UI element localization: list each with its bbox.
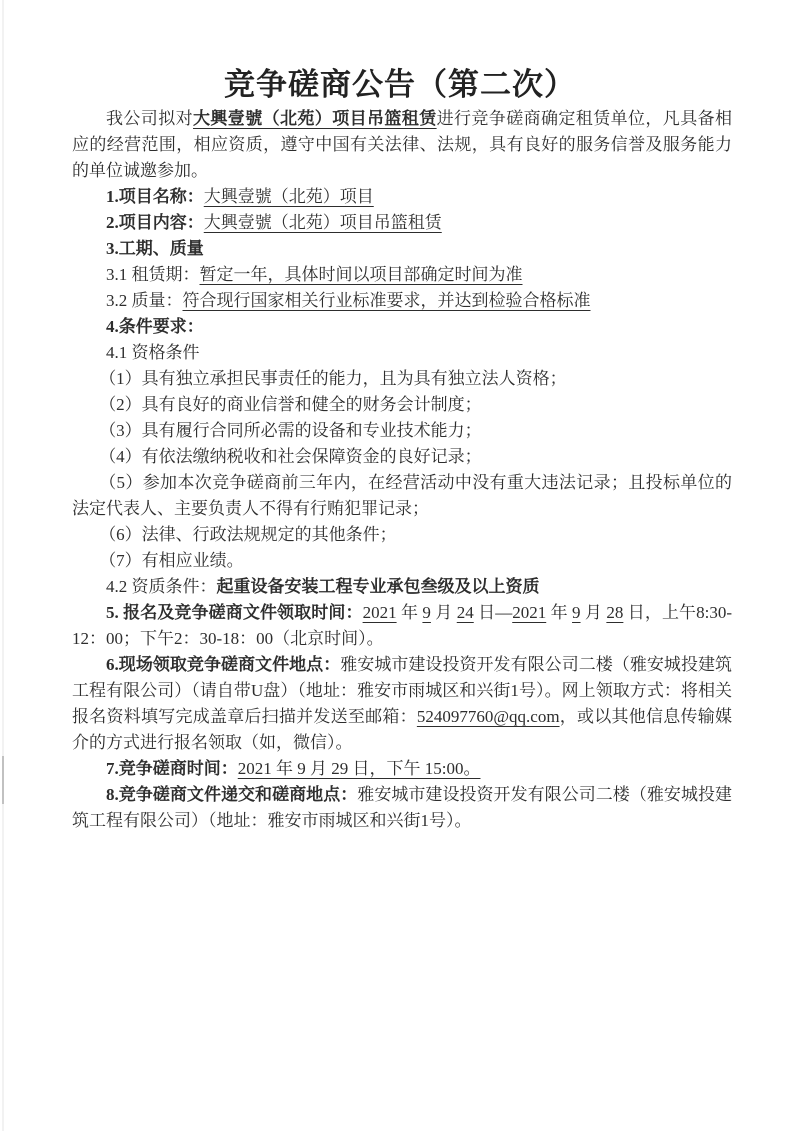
text-run: 4.1 资格条件 <box>106 343 200 362</box>
text-run: 年 <box>546 603 572 622</box>
condition-4: （4）有依法缴纳税收和社会保障资金的良好记录； <box>72 444 732 470</box>
text-run: （1）具有独立承担民事责任的能力，且为具有独立法人资格； <box>99 369 567 388</box>
text-run: 2021 <box>363 603 397 622</box>
item-4-requirements: 4.条件要求： <box>72 314 732 340</box>
text-run: 1.项目名称： <box>106 187 204 206</box>
text-run: 2021 <box>512 603 546 622</box>
text-run: 大興壹號（北苑）项目 <box>204 187 374 206</box>
text-run: 月 <box>581 603 607 622</box>
text-run: 5. 报名及竞争磋商文件领取时间： <box>106 603 363 622</box>
text-run: 9 <box>572 603 581 622</box>
item-5-document-pickup-time: 5. 报名及竞争磋商文件领取时间：2021 年 9 月 24 日—2021 年 … <box>72 600 732 652</box>
text-run: （2）具有良好的商业信誉和健全的财务会计制度； <box>99 395 482 414</box>
text-run: 3.1 租赁期： <box>106 265 200 284</box>
text-run: 3.工期、质量 <box>106 239 204 258</box>
condition-5: （5）参加本次竞争磋商前三年内，在经营活动中没有重大违法记录；且投标单位的法定代… <box>72 470 732 522</box>
text-run: 符合现行国家相关行业标准要求，并达到检验合格标准 <box>183 291 591 310</box>
item-3-1-lease-period: 3.1 租赁期：暂定一年，具体时间以项目部确定时间为准 <box>72 262 732 288</box>
text-run: 起重设备安装工程专业承包叁级及以上资质 <box>217 577 540 596</box>
condition-6: （6）法律、行政法规规定的其他条件； <box>72 522 732 548</box>
text-run: 9 <box>422 603 431 622</box>
text-run: 大興壹號（北苑）项目吊篮租赁 <box>193 109 437 128</box>
text-run: 24 <box>457 603 474 622</box>
scan-edge-artifact-dark <box>2 756 4 804</box>
text-run: 524097760@qq.com <box>417 707 560 726</box>
item-3-schedule-quality: 3.工期、质量 <box>72 236 732 262</box>
text-run: 大興壹號（北苑）项目吊篮租赁 <box>204 213 442 232</box>
condition-1: （1）具有独立承担民事责任的能力，且为具有独立法人资格； <box>72 366 732 392</box>
item-6-pickup-location: 6.现场领取竞争磋商文件地点：雅安城市建设投资开发有限公司二楼（雅安城投建筑工程… <box>72 652 732 756</box>
text-run: 月 <box>431 603 457 622</box>
condition-3: （3）具有履行合同所必需的设备和专业技术能力； <box>72 418 732 444</box>
item-4-1-qualification: 4.1 资格条件 <box>72 340 732 366</box>
item-4-2-credentials: 4.2 资质条件：起重设备安装工程专业承包叁级及以上资质 <box>72 574 732 600</box>
text-run: 28 <box>606 603 623 622</box>
text-run: 年 <box>397 603 423 622</box>
document-page: 竞争磋商公告（第二次） 我公司拟对大興壹號（北苑）项目吊篮租赁进行竞争磋商确定租… <box>0 0 800 1131</box>
text-run: 3.2 质量： <box>106 291 183 310</box>
text-run: 暂定一年，具体时间以项目部确定时间为准 <box>200 265 523 284</box>
item-7-negotiation-time: 7.竞争磋商时间：2021 年 9 月 29 日，下午 15:00。 <box>72 756 732 782</box>
item-1-project-name: 1.项目名称：大興壹號（北苑）项目 <box>72 184 732 210</box>
text-run: 7.竞争磋商时间： <box>106 759 238 778</box>
text-run: 日— <box>474 603 512 622</box>
text-run: 4.2 资质条件： <box>106 577 217 596</box>
item-8-submission-location: 8.竞争磋商文件递交和磋商地点：雅安城市建设投资开发有限公司二楼（雅安城投建筑工… <box>72 782 732 834</box>
condition-2: （2）具有良好的商业信誉和健全的财务会计制度； <box>72 392 732 418</box>
intro-paragraph: 我公司拟对大興壹號（北苑）项目吊篮租赁进行竞争磋商确定租赁单位，凡具备相应的经营… <box>72 106 732 184</box>
text-run: 我公司拟对 <box>106 109 193 128</box>
text-run: （5）参加本次竞争磋商前三年内，在经营活动中没有重大违法记录；且投标单位的法定代… <box>72 473 732 518</box>
text-run: 4.条件要求： <box>106 317 204 336</box>
text-run: 2021 年 9 月 29 日，下午 15:00。 <box>238 759 481 778</box>
text-run: （3）具有履行合同所必需的设备和专业技术能力； <box>99 421 482 440</box>
scan-edge-artifact <box>2 0 4 1131</box>
condition-7: （7）有相应业绩。 <box>72 548 732 574</box>
text-run: （4）有依法缴纳税收和社会保障资金的良好记录； <box>99 447 482 466</box>
text-run: 6.现场领取竞争磋商文件地点： <box>106 655 340 674</box>
item-3-2-quality: 3.2 质量：符合现行国家相关行业标准要求，并达到检验合格标准 <box>72 288 732 314</box>
document-title: 竞争磋商公告（第二次） <box>0 64 800 106</box>
text-run: 2.项目内容： <box>106 213 204 232</box>
item-2-project-content: 2.项目内容：大興壹號（北苑）项目吊篮租赁 <box>72 210 732 236</box>
text-run: （6）法律、行政法规规定的其他条件； <box>99 525 397 544</box>
text-run: （7）有相应业绩。 <box>99 551 244 570</box>
text-run: 8.竞争磋商文件递交和磋商地点： <box>106 785 357 804</box>
